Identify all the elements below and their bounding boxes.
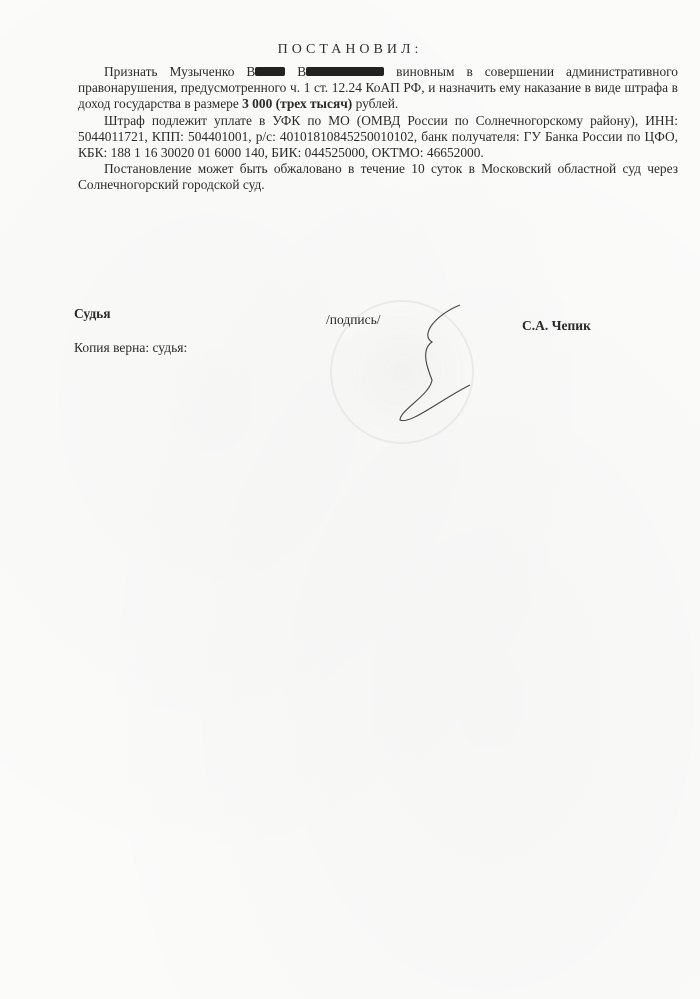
judge-label: Судья [74,306,111,322]
verdict-text-end: рублей. [352,96,398,111]
document-title: ПОСТАНОВИЛ: [0,42,700,58]
redaction-mark [306,67,384,76]
document-page: ПОСТАНОВИЛ: Признать Музыченко В В винов… [0,0,700,999]
payment-details-paragraph: Штраф подлежит уплате в УФК по МО (ОМВД … [78,113,678,162]
verdict-paragraph: Признать Музыченко В В виновным в соверш… [78,64,678,113]
document-body: Признать Музыченко В В виновным в соверш… [78,64,678,194]
judge-name: С.А. Чепик [522,318,591,334]
fine-amount: 3 000 (трех тысяч) [242,96,352,111]
appeal-paragraph: Постановление может быть обжаловано в те… [78,161,678,193]
redaction-mark [255,67,285,76]
signature-icon [360,300,500,430]
copy-certified-label: Копия верна: судья: [74,340,187,356]
verdict-text-start: Признать Музыченко В [104,64,255,79]
verdict-text-initial: В [285,64,306,79]
